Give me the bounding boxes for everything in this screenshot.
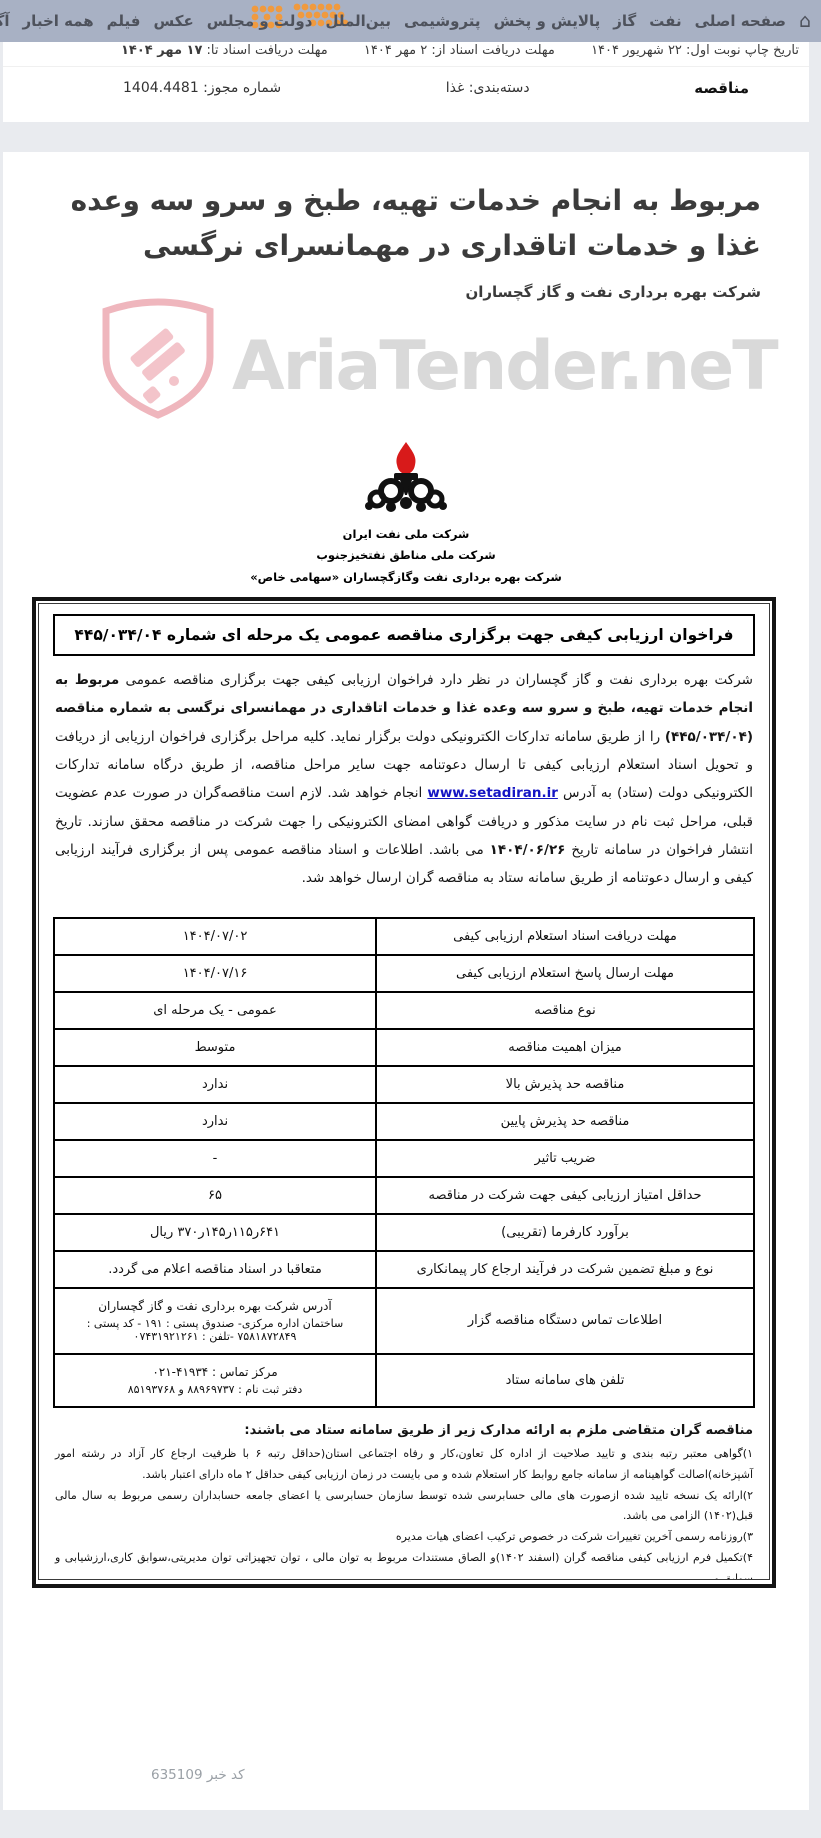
table-row: نوع و مبلغ تضمین شرکت در فرآیند ارجاع کا…: [54, 1251, 754, 1288]
setadiran-link[interactable]: www.setadiran.ir: [427, 785, 558, 801]
company-name: شرکت بهره برداری نفت و گاز گچساران: [3, 269, 809, 301]
tender-document: فراخوان ارزیابی کیفی جهت برگزاری مناقصه …: [32, 597, 776, 1588]
document-paragraph: شرکت بهره برداری نفت و گاز گچساران در نظ…: [51, 666, 757, 893]
nav-item-oil[interactable]: نفت: [649, 12, 681, 30]
page: { "navbar": { "home_icon": "⌂", "items":…: [0, 0, 821, 1838]
table-row: میزان اهمیت مناقصهمتوسط: [54, 1029, 754, 1066]
watermark-text: AriaTender.neT: [232, 327, 777, 406]
home-icon[interactable]: ⌂: [799, 12, 811, 31]
note-item-1: ۱)گواهی معتبر رتبه بندی و تایید صلاحیت ا…: [55, 1444, 753, 1486]
nioc-line-1: شرکت ملی نفت ایران: [3, 524, 809, 545]
table-row: نوع مناقصهعمومی - یک مرحله ای: [54, 992, 754, 1029]
nav-item-government[interactable]: دولت و مجلس: [207, 12, 313, 30]
tender-info-table: مهلت دریافت اسناد استعلام ارزیابی کیفی۱۴…: [53, 917, 755, 1408]
table-row: مناقصه حد پذیرش بالاندارد: [54, 1066, 754, 1103]
nav-item-home[interactable]: صفحه اصلی: [695, 12, 786, 30]
article-card: مربوط به انجام خدمات تهیه، طبخ و سرو سه …: [3, 152, 809, 1810]
notes-header: مناقصه گران متقاضی ملزم به ارائه مدارک ز…: [55, 1418, 753, 1444]
note-item-3: ۳)روزنامه رسمی آخرین تغییرات شرکت در خصو…: [55, 1527, 753, 1548]
nav-item-petrochemical[interactable]: پتروشیمی: [404, 12, 481, 30]
nav-item-refining[interactable]: پالایش و پخش: [494, 12, 601, 30]
meta-row: مناقصه دسته‌بندی: غذا شماره مجوز: 1404.4…: [3, 67, 809, 97]
table-row: مناقصه حد پذیرش پایینندارد: [54, 1103, 754, 1140]
nav-item-video[interactable]: فیلم: [107, 12, 141, 30]
meta-card: تاریخ چاپ نوبت اول: ۲۲ شهریور ۱۴۰۴ مهلت …: [3, 30, 809, 122]
page-title: مربوط به انجام خدمات تهیه، طبخ و سرو سه …: [3, 152, 809, 269]
nioc-line-3: شرکت بهره برداری نفت وگازگچساران «سهامی …: [3, 567, 809, 588]
nioc-logo-block: شرکت ملی نفت ایران شرکت ملی مناطق نفتخیز…: [3, 440, 809, 588]
nav-item-ads[interactable]: آگهی‌ها: [0, 12, 10, 30]
category-label: دسته‌بندی: غذا: [446, 80, 530, 96]
receive-from-date: مهلت دریافت اسناد از: ۲ مهر ۱۴۰۴: [364, 43, 555, 58]
top-navbar: ⌂ صفحه اصلی نفت گاز پالایش و پخش پتروشیم…: [0, 0, 821, 42]
table-row: اطلاعات تماس دستگاه مناقصه گزارآدرس شرکت…: [54, 1288, 754, 1354]
ariatender-watermark: AriaTender.neT: [98, 295, 798, 423]
table-row: حداقل امتیاز ارزیابی کیفی جهت شرکت در من…: [54, 1177, 754, 1214]
table-row: برآورد کارفرما (تقریبی)۶۴۱ر۱۱۵ر۱۴۵ر۳۷۰ ر…: [54, 1214, 754, 1251]
receive-until-date: مهلت دریافت اسناد تا: ۱۷ مهر ۱۴۰۴: [121, 43, 328, 58]
nav-item-photo[interactable]: عکس: [154, 12, 194, 30]
document-header: فراخوان ارزیابی کیفی جهت برگزاری مناقصه …: [53, 614, 755, 656]
nav-item-gas[interactable]: گاز: [613, 12, 636, 30]
table-row: مهلت ارسال پاسخ استعلام ارزیابی کیفی۱۴۰۴…: [54, 955, 754, 992]
nav-item-international[interactable]: بین‌الملل: [325, 12, 391, 30]
document-notes: مناقصه گران متقاضی ملزم به ارائه مدارک ز…: [51, 1418, 757, 1580]
note-item-2: ۲)ارائه یک نسخه تایید شده ازصورت های مال…: [55, 1486, 753, 1528]
nav-item-all-news[interactable]: همه اخبار: [23, 12, 94, 30]
note-item-4: ۴)تکمیل فرم ارزیابی کیفی مناقصه گران (اس…: [55, 1548, 753, 1580]
table-row: تلفن های سامانه ستادمرکز تماس : ۴۱۹۳۴-۰۲…: [54, 1354, 754, 1407]
print-date: تاریخ چاپ نوبت اول: ۲۲ شهریور ۱۴۰۴: [591, 43, 799, 58]
news-code: کد خبر 635109: [151, 1767, 245, 1783]
table-row: مهلت دریافت اسناد استعلام ارزیابی کیفی۱۴…: [54, 918, 754, 955]
table-row: ضریب تاثیر-: [54, 1140, 754, 1177]
tender-type-label: مناقصه: [694, 79, 749, 97]
license-number: شماره مجوز: 1404.4481: [123, 80, 281, 96]
ariatender-shield-icon: [98, 295, 218, 423]
nioc-line-2: شرکت ملی مناطق نفتخیزجنوب: [3, 545, 809, 566]
nioc-logo-icon: [364, 503, 448, 522]
